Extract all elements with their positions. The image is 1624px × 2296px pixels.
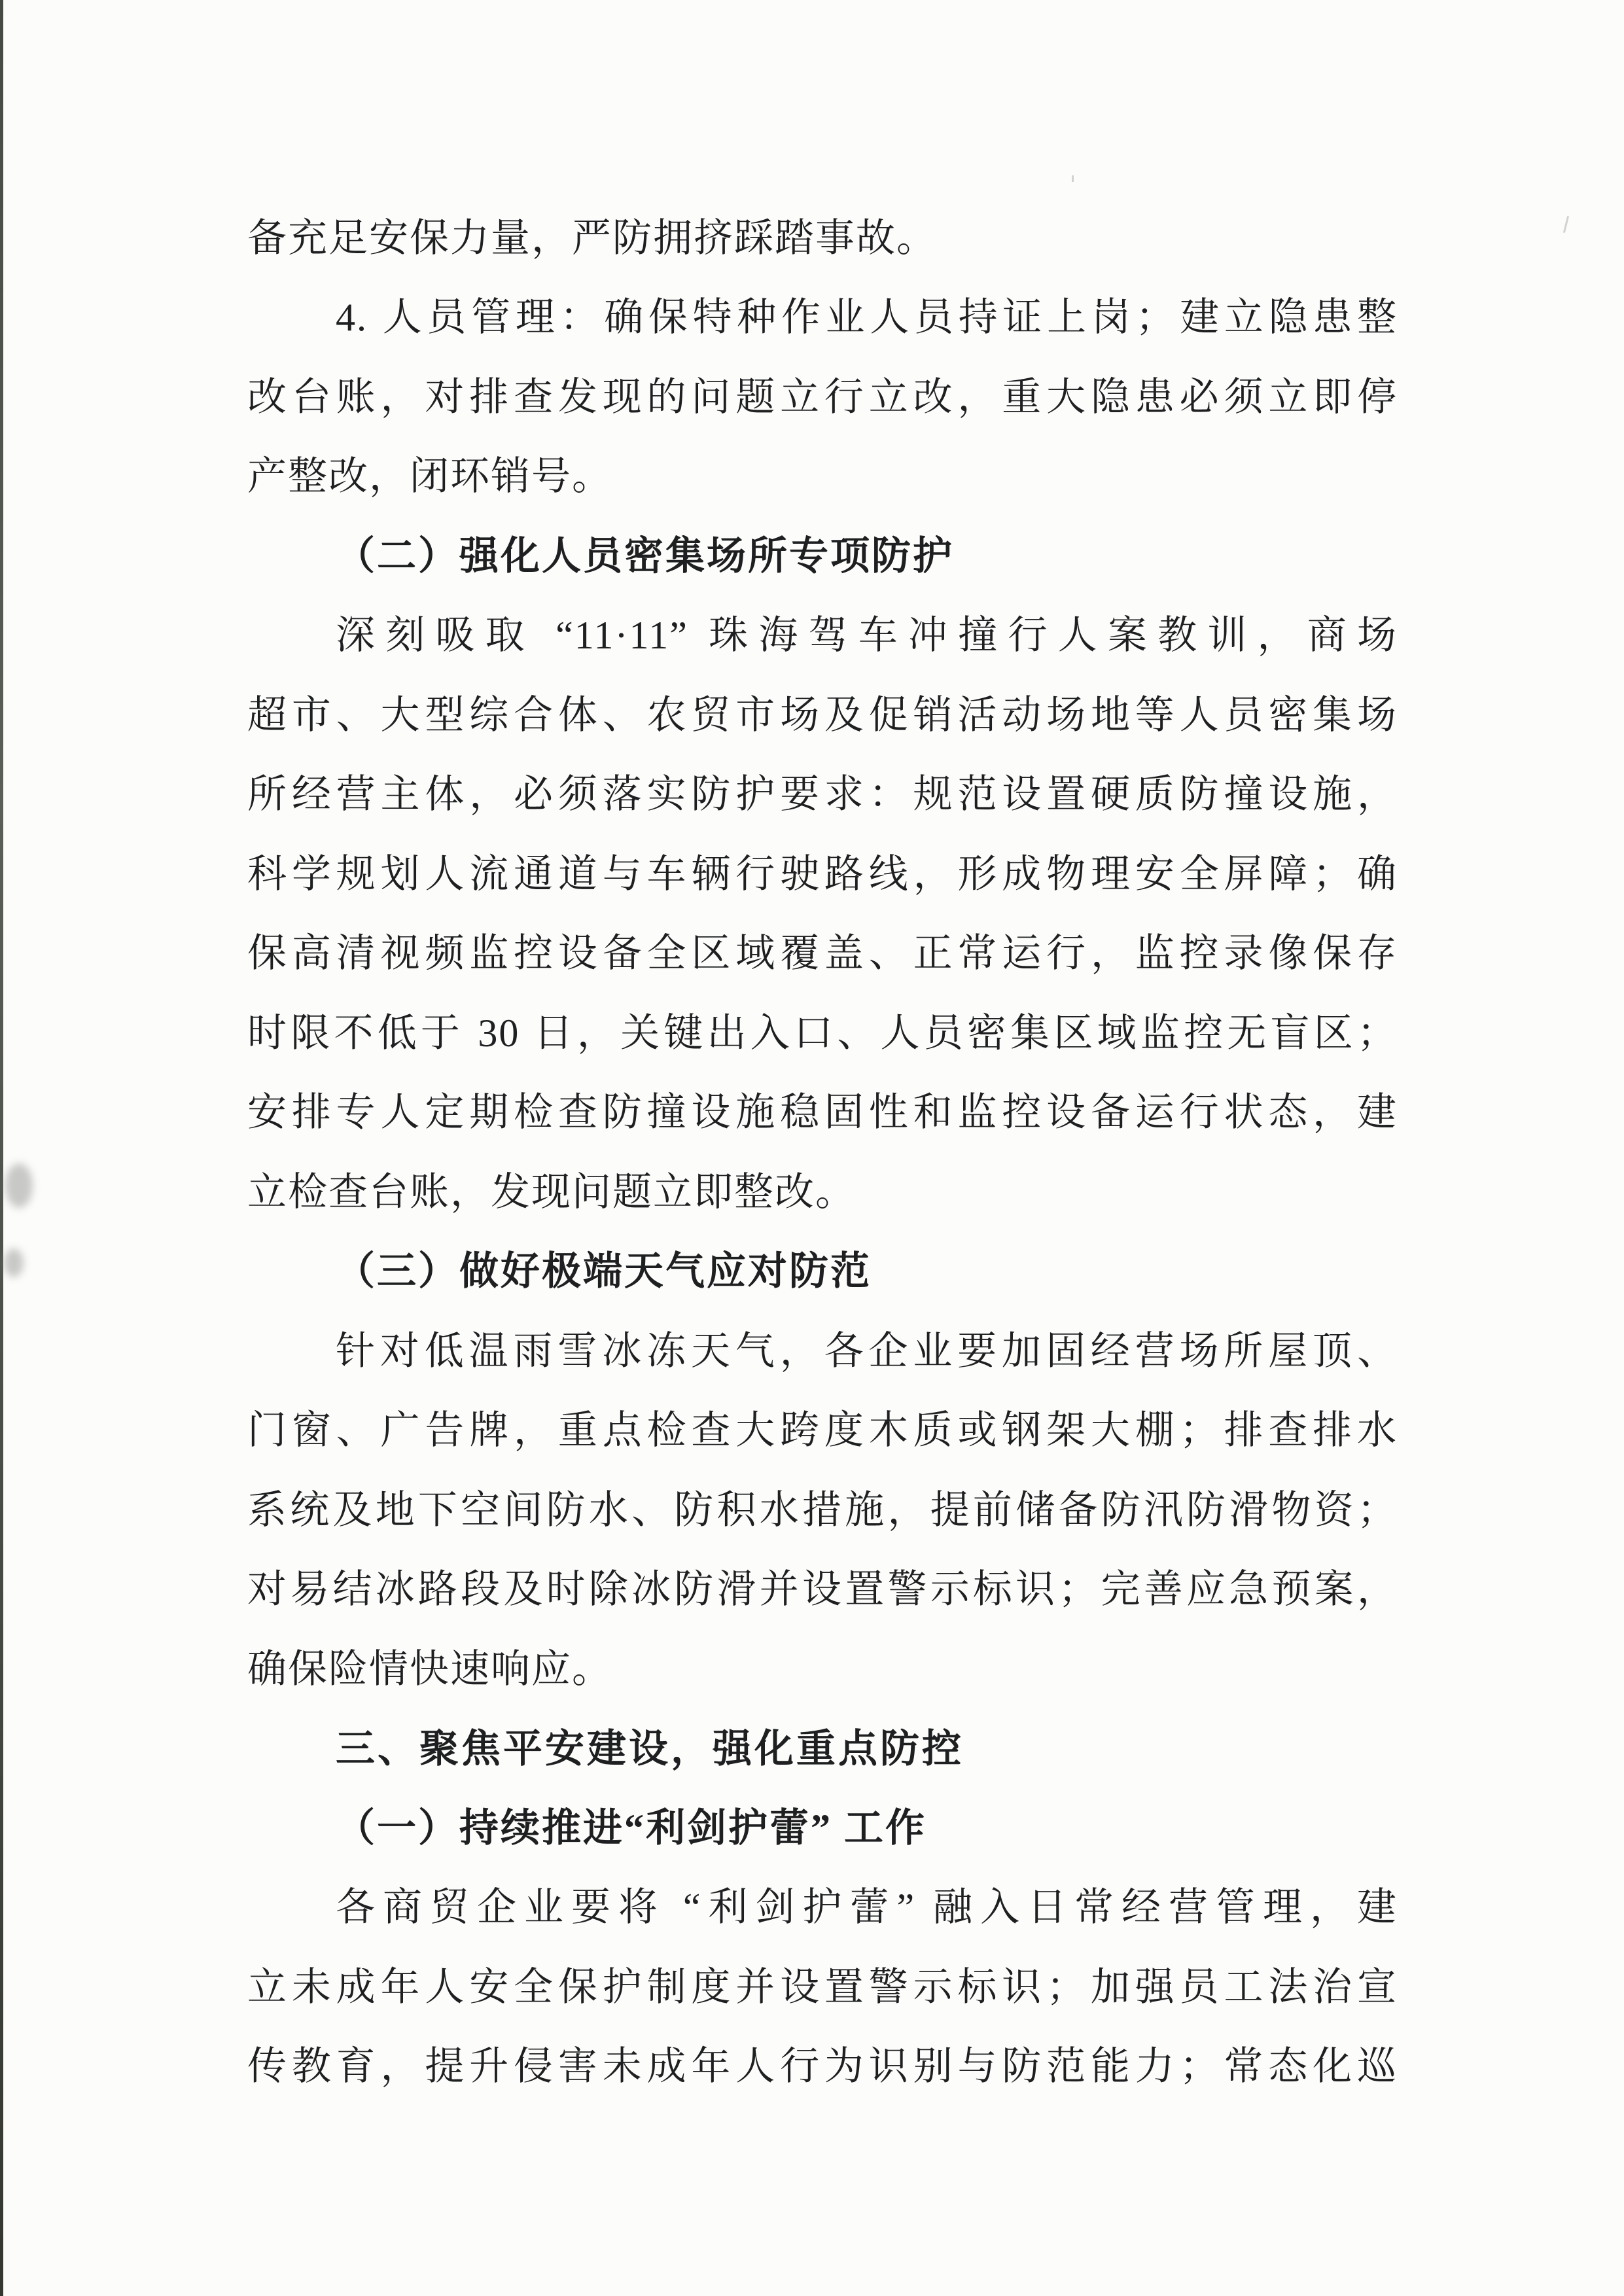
scan-speck [1563, 216, 1569, 233]
body-text-line: 确保险情快速响应。 [247, 1647, 1398, 1692]
body-text-line: 所经营主体，必须落实防护要求：规范设置硬质防撞设施， [247, 772, 1398, 817]
body-text-line: 针对低温雨雪冰冻天气，各企业要加固经营场所屋顶、 [247, 1329, 1398, 1374]
scanner-edge-artifact [0, 0, 3, 2296]
heading-section-2: （二）强化人员密集场所专项防护 [247, 534, 1398, 579]
scan-speck [1072, 175, 1074, 182]
body-text-line: 4. 人员管理：确保特种作业人员持证上岗；建立隐患整 [247, 295, 1398, 340]
heading-section-1: （一）持续推进“利剑护蕾” 工作 [247, 1806, 1398, 1851]
body-text-line: 改台账，对排查发现的问题立行立改，重大隐患必须立即停 [247, 375, 1398, 420]
body-text-line: 时限不低于 30 日，关键出入口、人员密集区域监控无盲区； [247, 1011, 1398, 1056]
body-text-line: 立未成年人安全保护制度并设置警示标识；加强员工法治宣 [247, 1965, 1398, 2010]
scan-smudge [4, 1248, 24, 1277]
heading-part-3: 三、聚焦平安建设，强化重点防控 [247, 1726, 1398, 1771]
body-text-line: 各商贸企业要将 “利剑护蕾” 融入日常经营管理，建 [247, 1885, 1398, 1930]
body-text-line: 保高清视频监控设备全区域覆盖、正常运行，监控录像保存 [247, 931, 1398, 976]
body-text-line: 安排专人定期检查防撞设施稳固性和监控设备运行状态，建 [247, 1090, 1398, 1135]
body-text-line: 深刻吸取 “11·11” 珠海驾车冲撞行人案教训，商场 [247, 613, 1398, 658]
body-text-line: 传教育，提升侵害未成年人行为识别与防范能力；常态化巡 [247, 2044, 1398, 2089]
body-text-line: 超市、大型综合体、农贸市场及促销活动场地等人员密集场 [247, 693, 1398, 738]
body-text-line: 门窗、广告牌，重点检查大跨度木质或钢架大棚；排查排水 [247, 1408, 1398, 1453]
body-text-line: 立检查台账，发现问题立即整改。 [247, 1170, 1398, 1215]
heading-section-3: （三）做好极端天气应对防范 [247, 1249, 1398, 1294]
scan-smudge [5, 1163, 33, 1208]
body-text-line: 科学规划人流通道与车辆行驶路线，形成物理安全屏障；确 [247, 852, 1398, 897]
body-text-line: 系统及地下空间防水、防积水措施，提前储备防汛防滑物资； [247, 1488, 1398, 1533]
body-text-line: 备充足安保力量，严防拥挤踩踏事故。 [247, 216, 1398, 261]
body-text-line: 产整改，闭环销号。 [247, 454, 1398, 499]
body-text-line: 对易结冰路段及时除冰防滑并设置警示标识；完善应急预案， [247, 1567, 1398, 1612]
scanned-document-page: 备充足安保力量，严防拥挤踩踏事故。 4. 人员管理：确保特种作业人员持证上岗；建… [0, 0, 1624, 2296]
